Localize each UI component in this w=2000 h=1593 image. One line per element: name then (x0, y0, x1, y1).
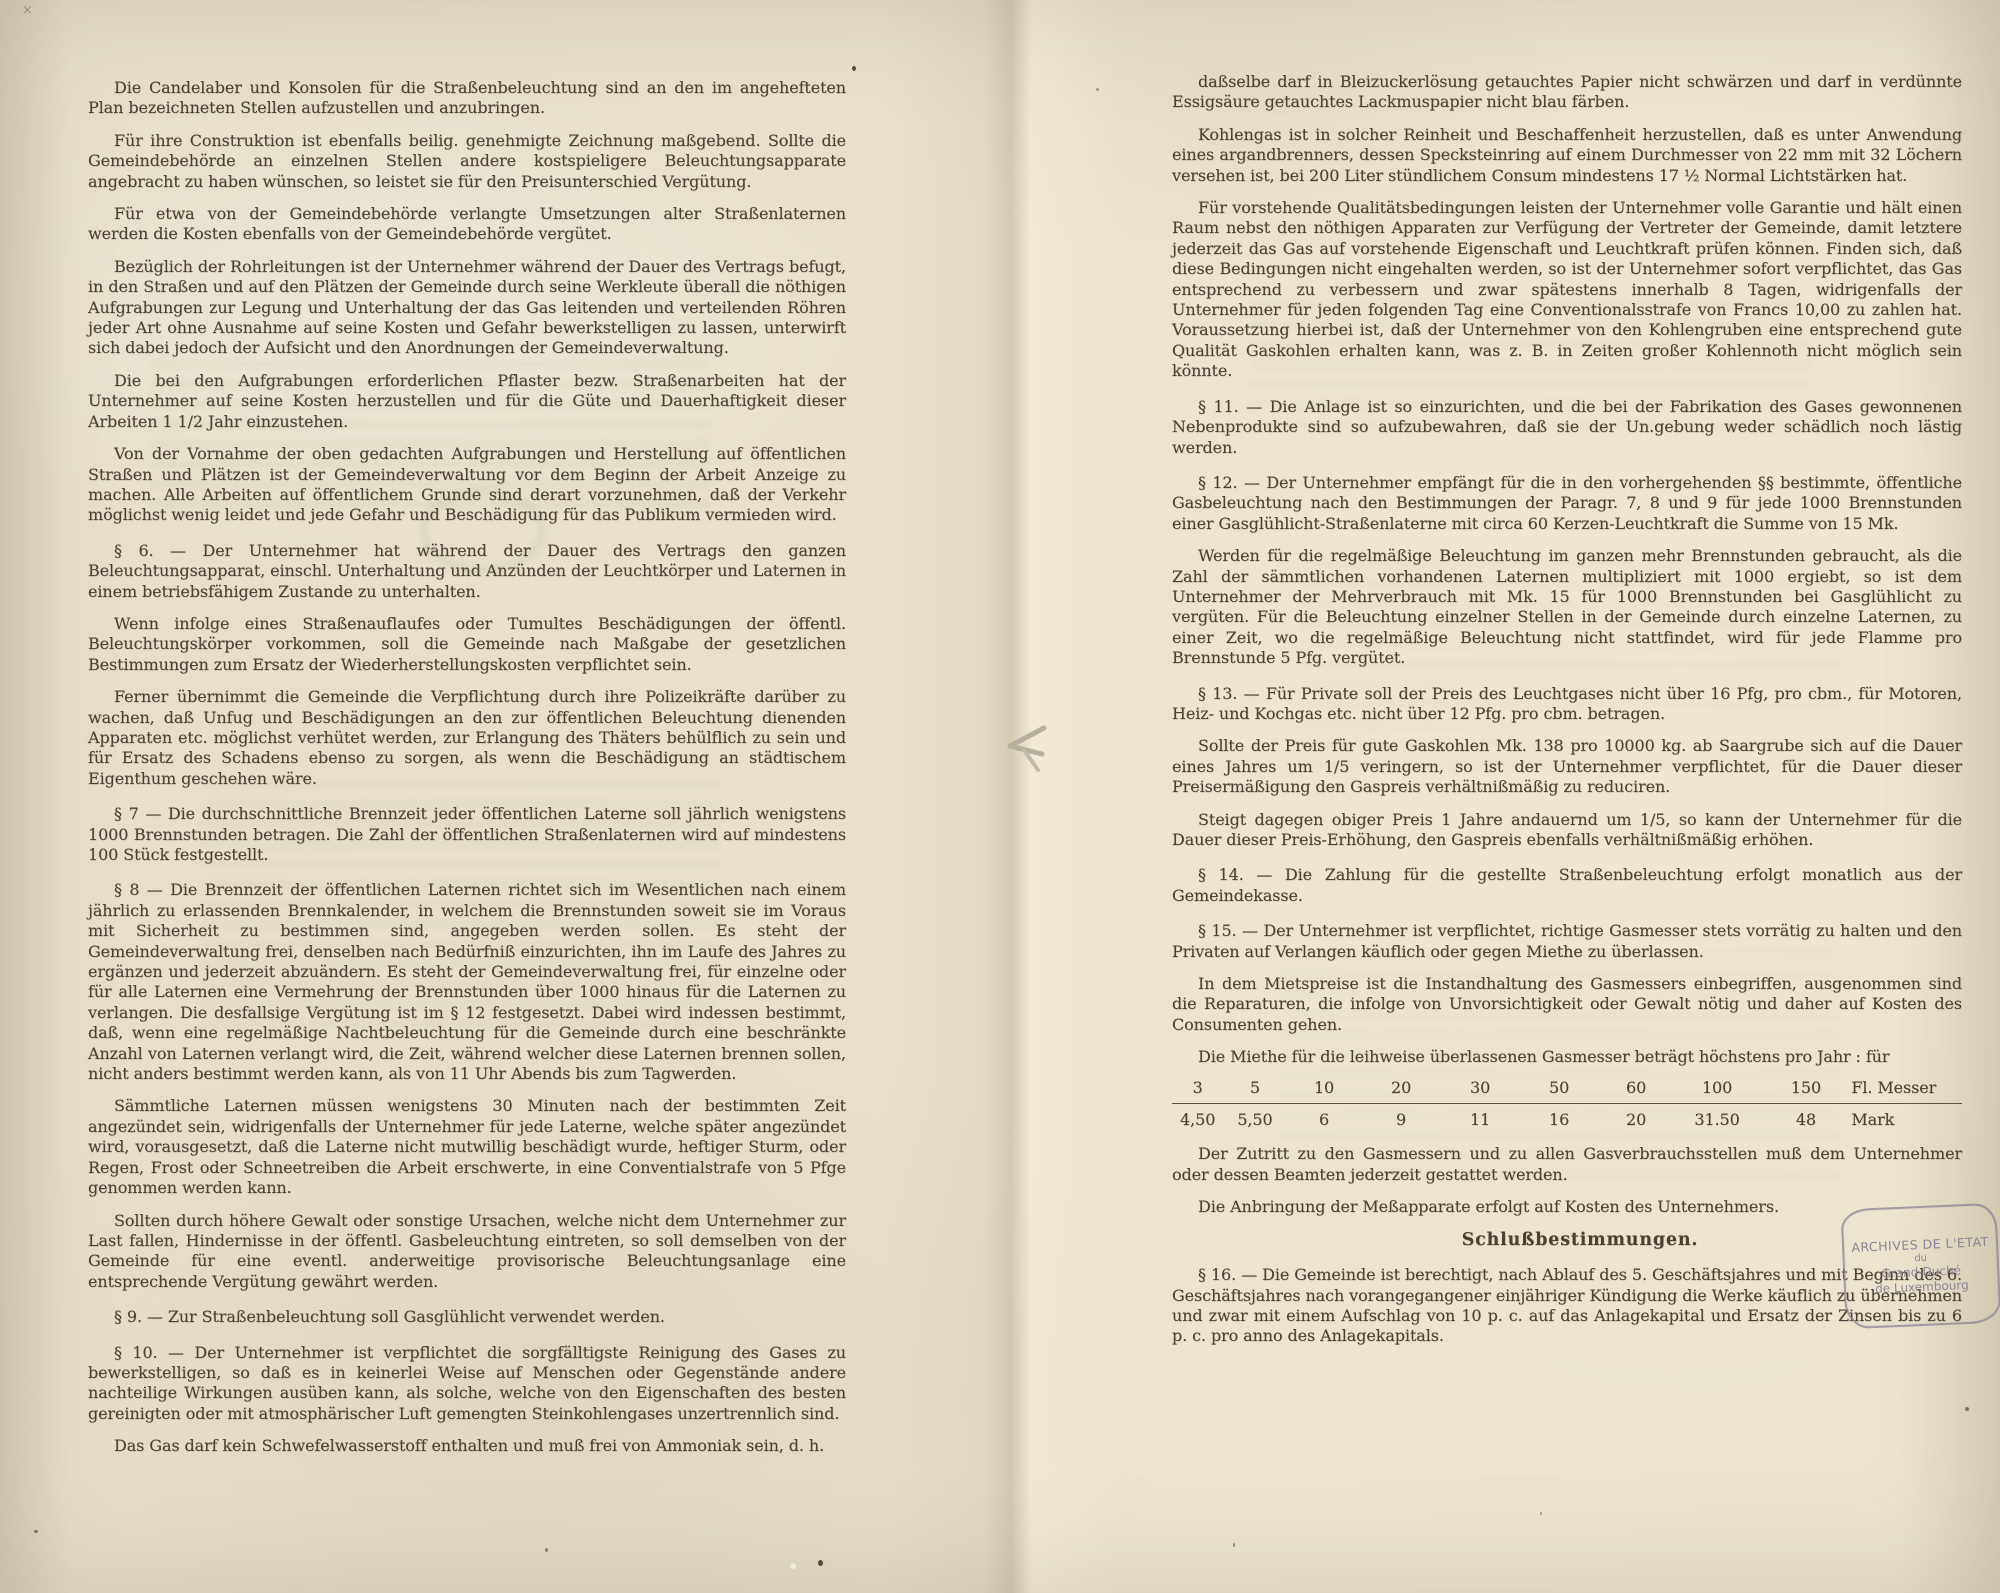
paragraph: Für ihre Construktion ist ebenfalls beil… (88, 131, 846, 192)
table-cell: 9 (1362, 1110, 1441, 1130)
paragraph: daßselbe darf in Bleizuckerlösung getauc… (1172, 72, 1962, 113)
table-cell: 20 (1599, 1110, 1674, 1130)
paragraph: Sämmtliche Laternen müssen wenigstens 30… (88, 1096, 846, 1198)
dust-speck (1233, 1543, 1235, 1547)
paragraph: § 11. — Die Anlage ist so einzurichten, … (1172, 397, 1962, 458)
right-page-upper-paragraphs: daßselbe darf in Bleizuckerlösung getauc… (1172, 72, 1962, 1035)
paragraph: Sollte der Preis für gute Gaskohlen Mk. … (1172, 736, 1962, 797)
paragraph: Für vorstehende Qualitätsbedingungen lei… (1172, 198, 1962, 382)
table-cell: 100 (1674, 1078, 1761, 1098)
table-cell: 6 (1287, 1110, 1362, 1130)
paragraph: Werden für die regelmäßige Beleuchtung i… (1172, 546, 1962, 668)
paragraph: Wenn infolge eines Straßenauflaufes oder… (88, 614, 846, 675)
table-cell: 4,50 (1172, 1110, 1223, 1130)
meter-table-prices-row: 4,505,506911162031.5048Mark (1172, 1104, 1962, 1130)
dust-speck (1540, 1512, 1542, 1515)
dust-speck (1096, 88, 1099, 91)
paragraph: Von der Vornahme der oben gedachten Aufg… (88, 444, 846, 526)
binding-thread (1002, 722, 1050, 774)
stamp-line: de Luxembourg (1875, 1278, 1969, 1297)
right-page-lower-paragraphs: Der Zutritt zu den Gasmessern und zu all… (1172, 1144, 1962, 1217)
table-cell: 50 (1520, 1078, 1599, 1098)
table-cell: Mark (1851, 1110, 1962, 1130)
dust-speck (852, 66, 856, 71)
paragraph: Bezüglich der Rohrleitungen ist der Unte… (88, 257, 846, 359)
archives-stamp: ARCHIVES DE L'ETATduGrand-Duchéde Luxemb… (1840, 1203, 2000, 1330)
meter-table-intro: Die Miethe für die leihweise überlassene… (1172, 1047, 1962, 1067)
dust-speck (818, 1560, 823, 1566)
paragraph: Das Gas darf kein Schwefelwasserstoff en… (88, 1436, 846, 1456)
paragraph: § 7 — Die durchschnittliche Brennzeit je… (88, 804, 846, 865)
pencil-mark: × (22, 3, 33, 18)
table-cell: 5,50 (1223, 1110, 1286, 1130)
paragraph: § 8 — Die Brennzeit der öffentlichen Lat… (88, 880, 846, 1084)
paragraph: Die Candelaber und Konsolen für die Stra… (88, 78, 846, 119)
table-cell: 10 (1287, 1078, 1362, 1098)
paragraph: In dem Mietspreise ist die Instandhaltun… (1172, 974, 1962, 1035)
stamp-line: du (1914, 1252, 1927, 1265)
paragraph: § 10. — Der Unternehmer ist verpflichtet… (88, 1343, 846, 1425)
left-page-text-column: Die Candelaber und Konsolen für die Stra… (88, 78, 846, 1469)
paragraph: Die Anbringung der Meßapparate erfolgt a… (1172, 1197, 1962, 1217)
paragraph: Der Zutritt zu den Gasmessern und zu all… (1172, 1144, 1962, 1185)
paragraph: § 9. — Zur Straßenbeleuchtung soll Gasgl… (88, 1307, 846, 1327)
table-cell: Fl. Messer (1851, 1078, 1962, 1098)
dust-speck (34, 1530, 38, 1533)
table-cell: 150 (1761, 1078, 1852, 1098)
table-cell: 20 (1362, 1078, 1441, 1098)
dust-speck (545, 1548, 548, 1552)
right-page-text-column: daßselbe darf in Bleizuckerlösung getauc… (1172, 72, 1962, 1359)
paragraph: Die bei den Aufgrabungen erforderlichen … (88, 371, 846, 432)
paragraph: Ferner übernimmt die Gemeinde die Verpfl… (88, 687, 846, 789)
table-cell: 5 (1223, 1078, 1286, 1098)
meter-table-sizes-row: 351020305060100150Fl. Messer (1172, 1078, 1962, 1104)
table-cell: 11 (1441, 1110, 1520, 1130)
table-cell: 31.50 (1674, 1110, 1761, 1130)
table-cell: 3 (1172, 1078, 1223, 1098)
paper-fleck (790, 1563, 796, 1569)
paragraph: § 12. — Der Unternehmer empfängt für die… (1172, 473, 1962, 534)
table-cell: 60 (1599, 1078, 1674, 1098)
dust-speck (1965, 1407, 1969, 1411)
paragraph: § 6. — Der Unternehmer hat während der D… (88, 541, 846, 602)
paragraph: Kohlengas ist in solcher Reinheit und Be… (1172, 125, 1962, 186)
table-cell: 30 (1441, 1078, 1520, 1098)
table-cell: 48 (1761, 1110, 1852, 1130)
paragraph: Für etwa von der Gemeindebehörde verlang… (88, 204, 846, 245)
paragraph: § 14. — Die Zahlung für die gestellte St… (1172, 865, 1962, 906)
gas-meter-rental-table: Die Miethe für die leihweise überlassene… (1172, 1047, 1962, 1130)
table-cell: 16 (1520, 1110, 1599, 1130)
paragraph: Sollten durch höhere Gewalt oder sonstig… (88, 1211, 846, 1293)
scanned-document-spread: Die Candelaber und Konsolen für die Stra… (0, 0, 2000, 1593)
paragraph: Steigt dagegen obiger Preis 1 Jahre anda… (1172, 810, 1962, 851)
paragraph: § 15. — Der Unternehmer ist verpflichtet… (1172, 921, 1962, 962)
paragraph: § 13. — Für Private soll der Preis des L… (1172, 684, 1962, 725)
